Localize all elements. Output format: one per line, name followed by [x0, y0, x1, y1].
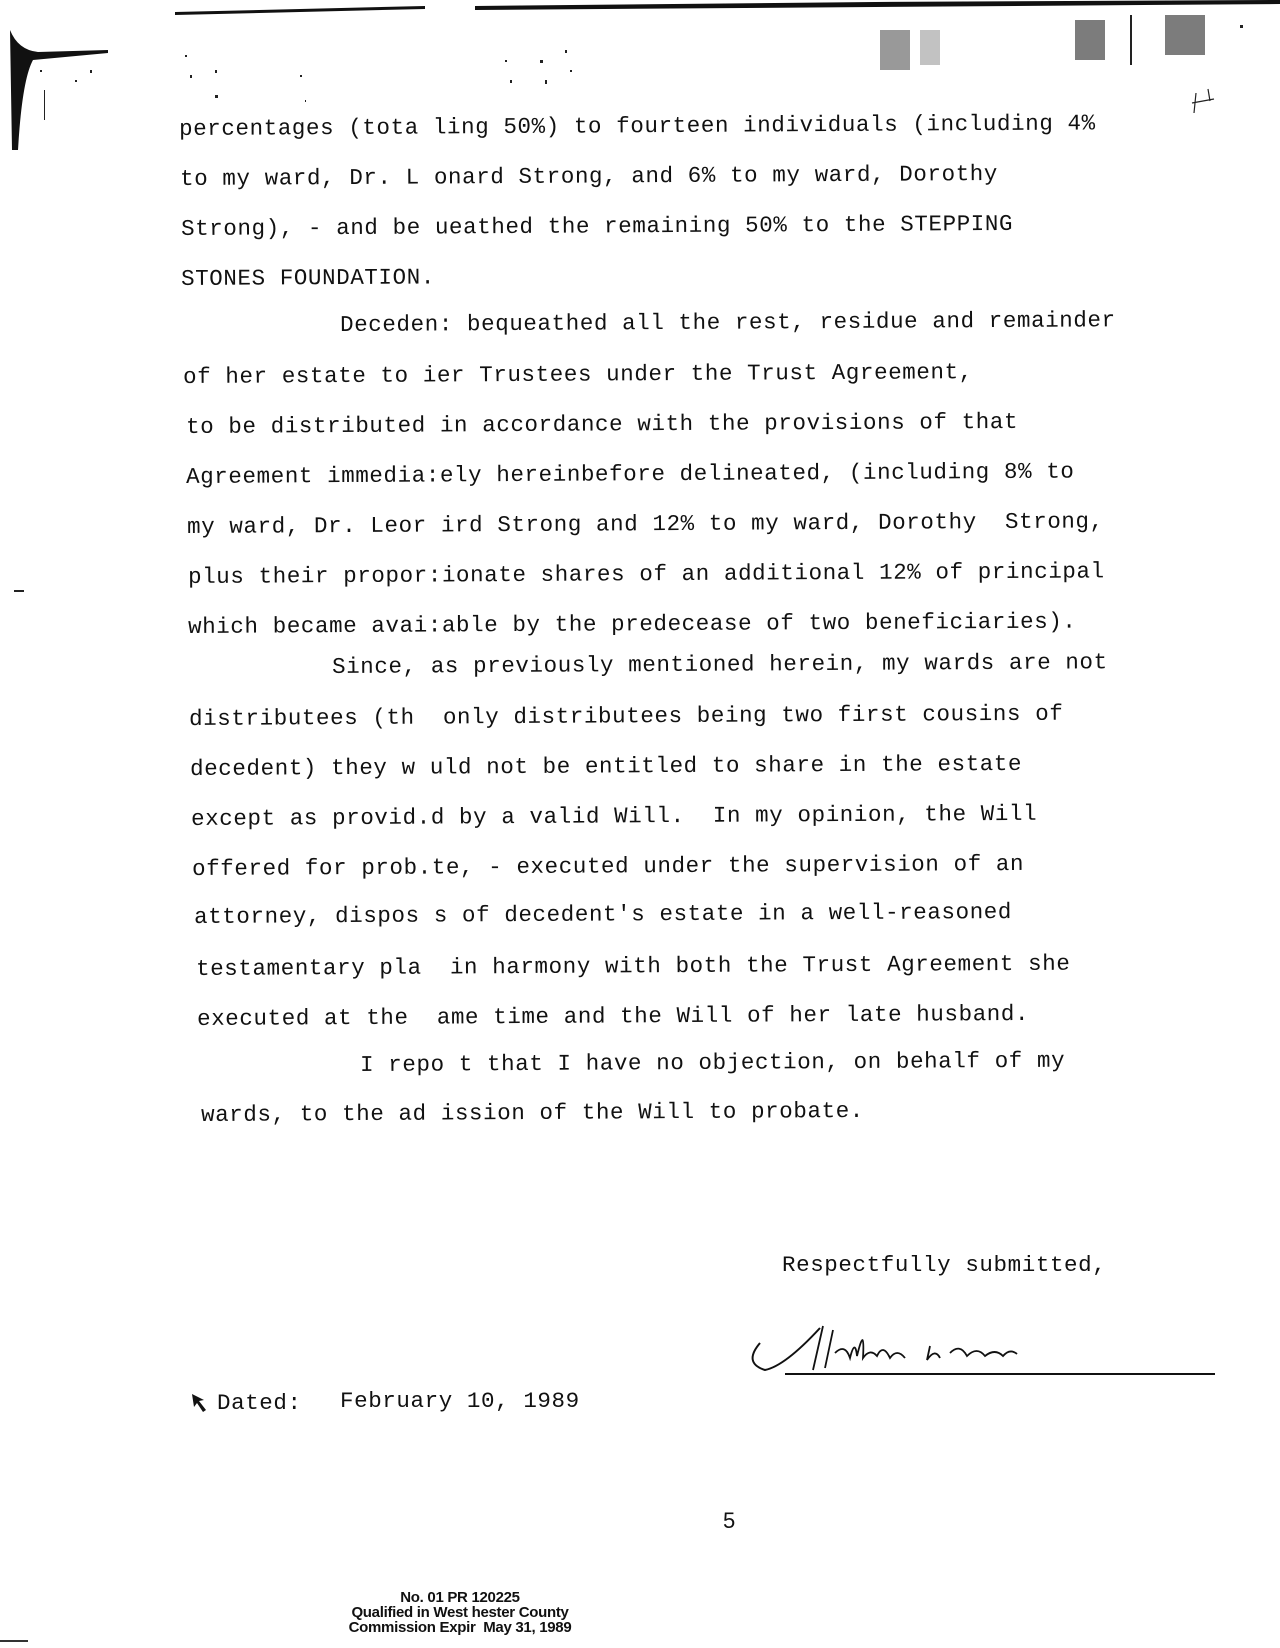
body-line: of her estate to ier Trustees under the … [183, 361, 973, 388]
notary-county: Qualified in West hester County [300, 1605, 620, 1620]
body-line: to my ward, Dr. L onard Strong, and 6% t… [180, 163, 998, 190]
closing-line: Respectfully submitted, [782, 1254, 1106, 1277]
dated-label: Dated: [217, 1392, 302, 1415]
body-line: decedent) they w uld not be entitled to … [190, 753, 1022, 781]
margin-mark [14, 590, 24, 592]
body-line: except as provid.d by a valid Will. In m… [191, 803, 1037, 831]
dated-value: February 10, 1989 [340, 1390, 580, 1413]
body-line: which became avai:able by the predecease… [188, 611, 1077, 639]
body-line: offered for prob.te, - executed under th… [192, 853, 1024, 881]
body-line: wards, to the ad ission of the Will to p… [201, 1100, 864, 1127]
body-line: to be distributed in accordance with the… [186, 411, 1018, 439]
page-number: 5 [723, 1508, 735, 1534]
body-line: I repo t that I have no objection, on be… [360, 1050, 1065, 1077]
signature [745, 1318, 1215, 1378]
body-line: executed at the ame time and the Will of… [197, 1003, 1029, 1031]
body-line: Since, as previously mentioned herein, m… [332, 651, 1108, 678]
handwritten-mark [1190, 85, 1220, 115]
body-line: plus their propor:ionate shares of an ad… [188, 560, 1105, 588]
pointer-arrow-icon [190, 1392, 212, 1414]
body-line: Agreement immedia:ely hereinbefore delin… [186, 461, 1075, 489]
scan-noise [0, 0, 1280, 120]
body-line: Strong), - and be ueathed the remaining … [181, 213, 1013, 241]
scan-edge-mark [0, 1640, 28, 1642]
body-line: distributees (th only distributees being… [189, 703, 1063, 731]
body-line: percentages (tota ling 50%) to fourteen … [179, 112, 1096, 140]
body-line: Deceden: bequeathed all the rest, residu… [340, 309, 1116, 336]
notary-stamp: No. 01 PR 120225 Qualified in West heste… [300, 1590, 620, 1635]
notary-number: No. 01 PR 120225 [300, 1590, 620, 1605]
notary-expiry: Commission Expir May 31, 1989 [300, 1620, 620, 1635]
body-line: attorney, dispos s of decedent's estate … [194, 901, 1012, 928]
body-line: testamentary pla in harmony with both th… [196, 953, 1070, 981]
body-line: STONES FOUNDATION. [181, 266, 435, 290]
body-line: my ward, Dr. Leor ird Strong and 12% to … [187, 510, 1104, 538]
